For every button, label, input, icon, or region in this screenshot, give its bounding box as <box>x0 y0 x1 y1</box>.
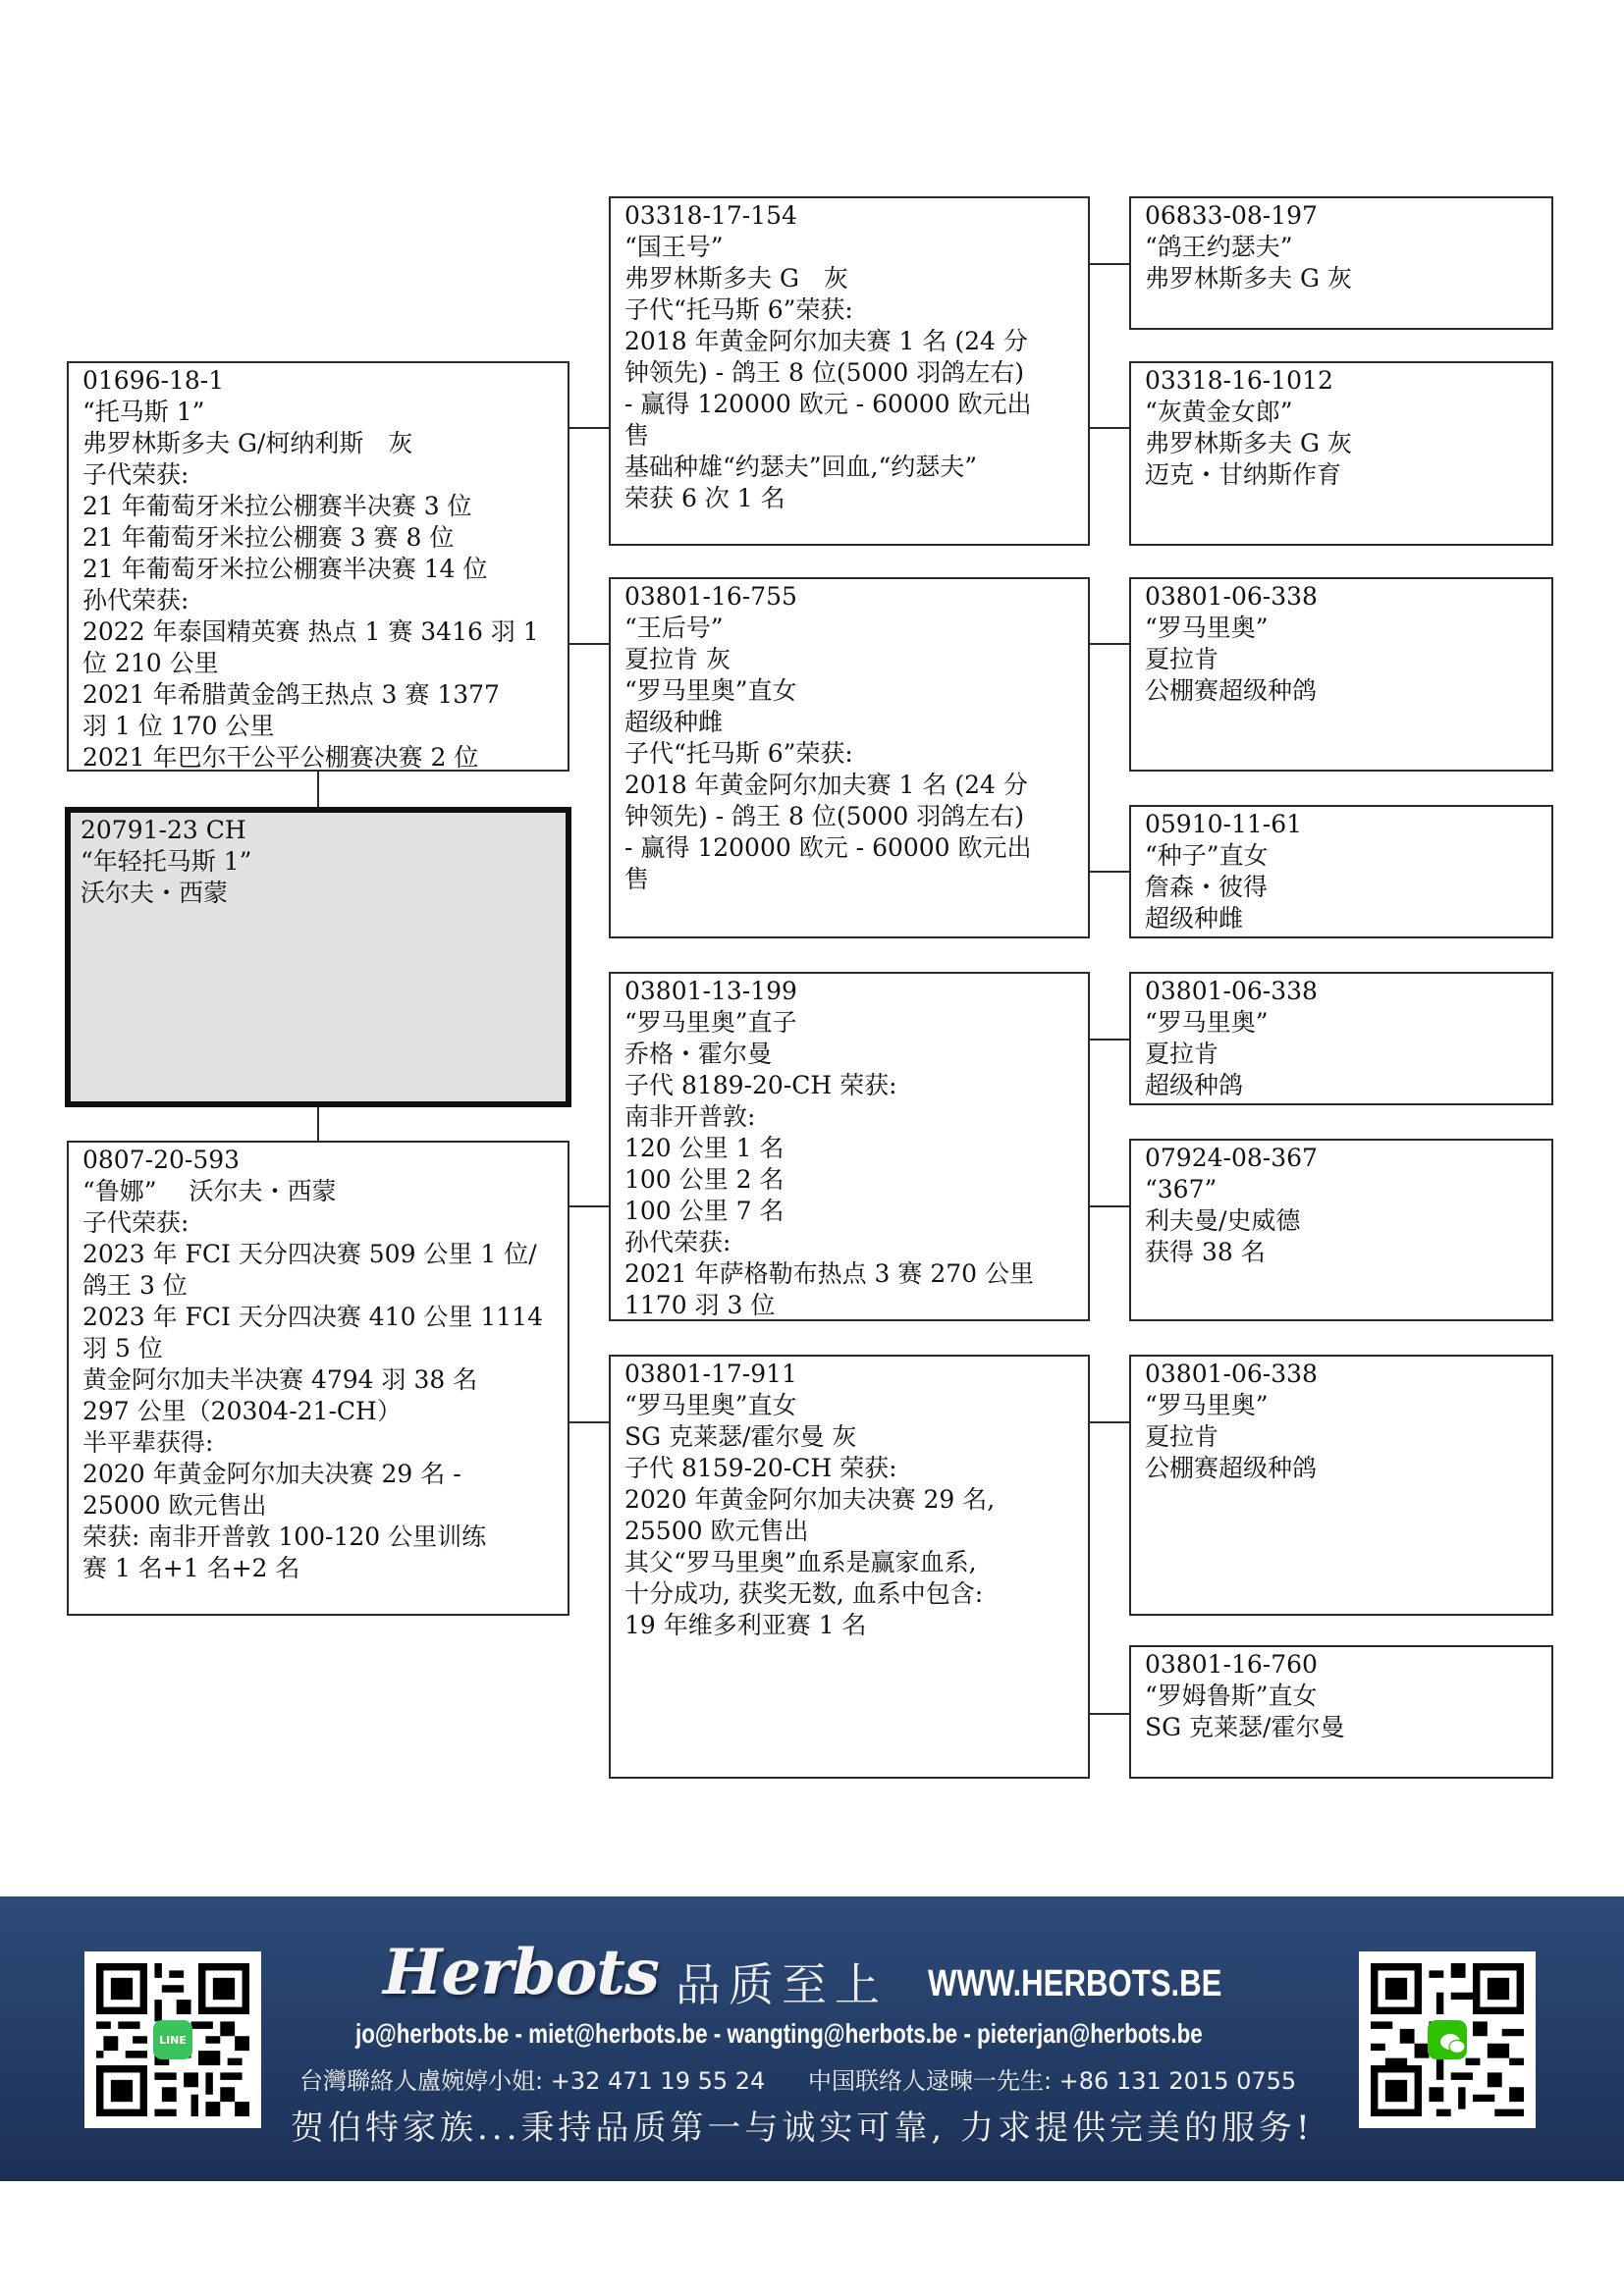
connector-line <box>317 1107 319 1141</box>
pedigree-line: “灰黄金女郎” <box>1145 397 1551 428</box>
connector-line <box>1090 1421 1129 1423</box>
pedigree-line: SG 克莱瑟/霍尔曼 灰 <box>624 1421 1088 1453</box>
pedigree-line: 2018 年黄金阿尔加夫赛 1 名 (24 分 <box>624 770 1088 801</box>
pedigree-line: 弗罗林斯多夫 G 灰 <box>624 263 1088 294</box>
pedigree-line: 位 210 公里 <box>82 648 568 679</box>
pedigree-line: 弗罗林斯多夫 G 灰 <box>1145 428 1551 459</box>
pedigree-line: 子代荣获: <box>82 459 568 491</box>
pedigree-line: 夏拉肯 灰 <box>624 644 1088 675</box>
herbots-logo: Herbots <box>383 1936 659 2009</box>
wechat-qr-code[interactable] <box>1359 1951 1536 2128</box>
pedigree-line: “罗马里奥”直子 <box>624 1007 1088 1039</box>
contact-taiwan: 台灣聯絡人盧婉婷小姐: +32 471 19 55 24 <box>299 2067 765 2095</box>
connector-line <box>1090 263 1129 265</box>
ring-number: 03801-06-338 <box>1145 1359 1551 1390</box>
pedigree-line: 基础种雄“约瑟夫”回血,“约瑟夫” <box>624 452 1088 483</box>
subject-card: 20791-23 CH “年轻托马斯 1”沃尔夫・西蒙 <box>65 807 571 1107</box>
pedigree-line: 超级种雌 <box>624 707 1088 738</box>
pedigree-line: 迈克・甘纳斯作育 <box>1145 459 1551 491</box>
ring-number: 03801-16-760 <box>1145 1649 1551 1681</box>
pedigree-line: “国王号” <box>624 232 1088 263</box>
slogan: 品质至上 <box>676 1949 888 2014</box>
connector-line <box>1090 1713 1129 1715</box>
pedigree-line: 夏拉肯 <box>1145 1039 1551 1070</box>
pedigree-line: 詹森・彼得 <box>1145 872 1551 903</box>
connector-line <box>569 1205 609 1207</box>
pedigree-line: 乔格・霍尔曼 <box>624 1039 1088 1070</box>
pedigree-line: 2023 年 FCI 天分四决赛 509 公里 1 位/ <box>82 1239 568 1270</box>
pedigree-line: 赛 1 名+1 名+2 名 <box>82 1553 568 1584</box>
line-qr-code[interactable]: LINE <box>84 1951 261 2128</box>
pedigree-line: 120 公里 1 名 <box>624 1133 1088 1164</box>
pedigree-line: 2020 年黄金阿尔加夫决赛 29 名, <box>624 1484 1088 1516</box>
pedigree-line: 钟领先) - 鸽王 8 位(5000 羽鸽左右) <box>624 801 1088 832</box>
ring-number: 0807-20-593 <box>82 1145 568 1176</box>
pedigree-line: 公棚赛超级种鸽 <box>1145 675 1551 707</box>
pedigree-line: 荣获: 南非开普敦 100-120 公里训练 <box>82 1522 568 1553</box>
connector-line <box>569 427 609 429</box>
wechat-icon <box>1428 2020 1467 2059</box>
pedigree-line: 弗罗林斯多夫 G 灰 <box>1145 263 1551 294</box>
pedigree-line: “鸽王约瑟夫” <box>1145 232 1551 263</box>
pedigree-line: 2021 年巴尔干公平公棚赛决赛 2 位 <box>82 742 568 774</box>
pedigree-line: 超级种雌 <box>1145 903 1551 934</box>
pedigree-line: 夏拉肯 <box>1145 644 1551 675</box>
pedigree-line: 2023 年 FCI 天分四决赛 410 公里 1114 <box>82 1302 568 1333</box>
email-links[interactable]: jo@herbots.be - miet@herbots.be - wangti… <box>355 2018 1203 2050</box>
ring-number: 03801-16-755 <box>624 581 1088 613</box>
ggp-card-6: 07924-08-367 “367”利夫曼/史威德获得 38 名 <box>1129 1139 1553 1321</box>
connector-line <box>569 643 609 645</box>
connector-line <box>1090 427 1129 429</box>
pedigree-line: 钟领先) - 鸽王 8 位(5000 羽鸽左右) <box>624 357 1088 389</box>
sire-dam-card: 03801-16-755 “王后号”夏拉肯 灰“罗马里奥”直女超级种雌子代“托马… <box>609 577 1090 938</box>
pedigree-line: 荣获 6 次 1 名 <box>624 483 1088 514</box>
pedigree-line: 子代“托马斯 6”荣获: <box>624 738 1088 770</box>
pedigree-line: 售 <box>624 864 1088 895</box>
pedigree-line: 黄金阿尔加夫半决赛 4794 羽 38 名 <box>82 1364 568 1396</box>
ring-number: 03801-17-911 <box>624 1359 1088 1390</box>
connector-line <box>1090 1039 1129 1041</box>
pedigree-line: - 赢得 120000 欧元 - 60000 欧元出 <box>624 832 1088 864</box>
ggp-card-2: 03318-16-1012 “灰黄金女郎”弗罗林斯多夫 G 灰迈克・甘纳斯作育 <box>1129 361 1553 546</box>
dam-sire-card: 03801-13-199 “罗马里奥”直子乔格・霍尔曼子代 8189-20-CH… <box>609 972 1090 1321</box>
pedigree-line: 子代 8159-20-CH 荣获: <box>624 1453 1088 1484</box>
pedigree-line: “罗马里奥” <box>1145 613 1551 644</box>
ring-number: 03801-06-338 <box>1145 581 1551 613</box>
pedigree-line: 2020 年黄金阿尔加夫决赛 29 名 - <box>82 1459 568 1490</box>
dam-card: 0807-20-593 “鲁娜” 沃尔夫・西蒙子代荣获:2023 年 FCI 天… <box>67 1141 569 1616</box>
tagline: 贺伯特家族...秉持品质第一与诚实可靠, 力求提供完美的服务! <box>291 2101 1314 2149</box>
footer-banner: LINE Herbots 品质至上 WWW.HERBOTS.BE jo@herb… <box>0 1896 1624 2181</box>
connector-line <box>569 1421 609 1423</box>
ring-number: 03801-13-199 <box>624 976 1088 1007</box>
line-icon: LINE <box>153 2020 192 2059</box>
ggp-card-3: 03801-06-338 “罗马里奥”夏拉肯公棚赛超级种鸽 <box>1129 577 1553 772</box>
sire-card: 01696-18-1 “托马斯 1”弗罗林斯多夫 G/柯纳利斯 灰子代荣获:21… <box>67 361 569 772</box>
pedigree-line: 2018 年黄金阿尔加夫赛 1 名 (24 分 <box>624 326 1088 357</box>
pedigree-line: 25000 欧元售出 <box>82 1490 568 1522</box>
pedigree-line: 超级种鸽 <box>1145 1070 1551 1101</box>
ggp-card-4: 05910-11-61 “种子”直女詹森・彼得超级种雌 <box>1129 805 1553 938</box>
pedigree-line: 十分成功, 获奖无数, 血系中包含: <box>624 1578 1088 1610</box>
ring-number: 20791-23 CH <box>81 815 566 846</box>
pedigree-line: 公棚赛超级种鸽 <box>1145 1453 1551 1484</box>
ring-number: 06833-08-197 <box>1145 200 1551 232</box>
connector-line <box>1090 643 1129 645</box>
pedigree-line: “罗马里奥” <box>1145 1390 1551 1421</box>
pedigree-line: 夏拉肯 <box>1145 1421 1551 1453</box>
pedigree-line: SG 克莱瑟/霍尔曼 <box>1145 1712 1551 1743</box>
pedigree-line: 南非开普敦: <box>624 1101 1088 1133</box>
pedigree-line: 19 年维多利亚赛 1 名 <box>624 1610 1088 1641</box>
pedigree-line: “托马斯 1” <box>82 397 568 428</box>
ggp-card-5: 03801-06-338 “罗马里奥”夏拉肯超级种鸽 <box>1129 972 1553 1105</box>
connector-line <box>317 772 319 807</box>
pedigree-line: 21 年葡萄牙米拉公棚赛半决赛 3 位 <box>82 491 568 522</box>
pedigree-line: 子代“托马斯 6”荣获: <box>624 294 1088 326</box>
pedigree-line: “种子”直女 <box>1145 840 1551 872</box>
pedigree-line: 25500 欧元售出 <box>624 1516 1088 1547</box>
pedigree-line: 沃尔夫・西蒙 <box>81 878 566 909</box>
ggp-card-7: 03801-06-338 “罗马里奥”夏拉肯公棚赛超级种鸽 <box>1129 1355 1553 1616</box>
pedigree-line: 弗罗林斯多夫 G/柯纳利斯 灰 <box>82 428 568 459</box>
pedigree-line: 子代荣获: <box>82 1207 568 1239</box>
pedigree-line: 100 公里 2 名 <box>624 1164 1088 1196</box>
pedigree-line: 获得 38 名 <box>1145 1237 1551 1268</box>
pedigree-line: 21 年葡萄牙米拉公棚赛半决赛 14 位 <box>82 554 568 585</box>
pedigree-line: “王后号” <box>624 613 1088 644</box>
ggp-card-8: 03801-16-760 “罗姆鲁斯”直女SG 克莱瑟/霍尔曼 <box>1129 1645 1553 1779</box>
ring-number: 01696-18-1 <box>82 365 568 397</box>
pedigree-line: “年轻托马斯 1” <box>81 846 566 878</box>
contact-phones: 台灣聯絡人盧婉婷小姐: +32 471 19 55 24 中国联络人逯暕一先生:… <box>299 2061 1331 2096</box>
ggp-card-1: 06833-08-197 “鸽王约瑟夫”弗罗林斯多夫 G 灰 <box>1129 196 1553 330</box>
pedigree-line: 利夫曼/史威德 <box>1145 1205 1551 1237</box>
wechat-bubbles-icon <box>1439 2032 1467 2056</box>
pedigree-line: 孙代荣获: <box>624 1227 1088 1258</box>
connector-line <box>1090 1205 1129 1207</box>
pedigree-line: 2021 年希腊黄金鸽王热点 3 赛 1377 <box>82 679 568 711</box>
pedigree-line: 羽 1 位 170 公里 <box>82 711 568 742</box>
pedigree-line: “367” <box>1145 1174 1551 1205</box>
pedigree-line: 2022 年泰国精英赛 热点 1 赛 3416 羽 1 <box>82 616 568 648</box>
ring-number: 03318-17-154 <box>624 200 1088 232</box>
pedigree-line: 297 公里（20304-21-CH） <box>82 1396 568 1427</box>
pedigree-line: 2021 年萨格勒布热点 3 赛 270 公里 <box>624 1258 1088 1290</box>
ring-number: 03801-06-338 <box>1145 976 1551 1007</box>
pedigree-line: “罗马里奥” <box>1145 1007 1551 1039</box>
pedigree-line: 售 <box>624 420 1088 452</box>
pedigree-line: 21 年葡萄牙米拉公棚赛 3 赛 8 位 <box>82 522 568 554</box>
ring-number: 07924-08-367 <box>1145 1143 1551 1174</box>
pedigree-line: “罗马里奥”直女 <box>624 675 1088 707</box>
pedigree-line: 半平辈获得: <box>82 1427 568 1459</box>
pedigree-line: 其父“罗马里奥”血系是赢家血系, <box>624 1547 1088 1578</box>
contact-china: 中国联络人逯暕一先生: +86 131 2015 0755 <box>808 2067 1296 2095</box>
pedigree-line: 100 公里 7 名 <box>624 1196 1088 1227</box>
pedigree-line: 孙代荣获: <box>82 585 568 616</box>
pedigree-line: 鸽王 3 位 <box>82 1270 568 1302</box>
website-link[interactable]: WWW.HERBOTS.BE <box>928 1963 1221 2005</box>
ring-number: 03318-16-1012 <box>1145 365 1551 397</box>
pedigree-line: 羽 5 位 <box>82 1333 568 1364</box>
pedigree-line: “罗姆鲁斯”直女 <box>1145 1681 1551 1712</box>
dam-dam-card: 03801-17-911 “罗马里奥”直女SG 克莱瑟/霍尔曼 灰子代 8159… <box>609 1355 1090 1779</box>
pedigree-line: - 赢得 120000 欧元 - 60000 欧元出 <box>624 389 1088 420</box>
pedigree-line: “鲁娜” 沃尔夫・西蒙 <box>82 1176 568 1207</box>
sire-sire-card: 03318-17-154 “国王号”弗罗林斯多夫 G 灰子代“托马斯 6”荣获:… <box>609 196 1090 546</box>
pedigree-line: “罗马里奥”直女 <box>624 1390 1088 1421</box>
pedigree-line: 子代 8189-20-CH 荣获: <box>624 1070 1088 1101</box>
connector-line <box>1090 871 1129 873</box>
pedigree-line: 1170 羽 3 位 <box>624 1290 1088 1321</box>
ring-number: 05910-11-61 <box>1145 809 1551 840</box>
